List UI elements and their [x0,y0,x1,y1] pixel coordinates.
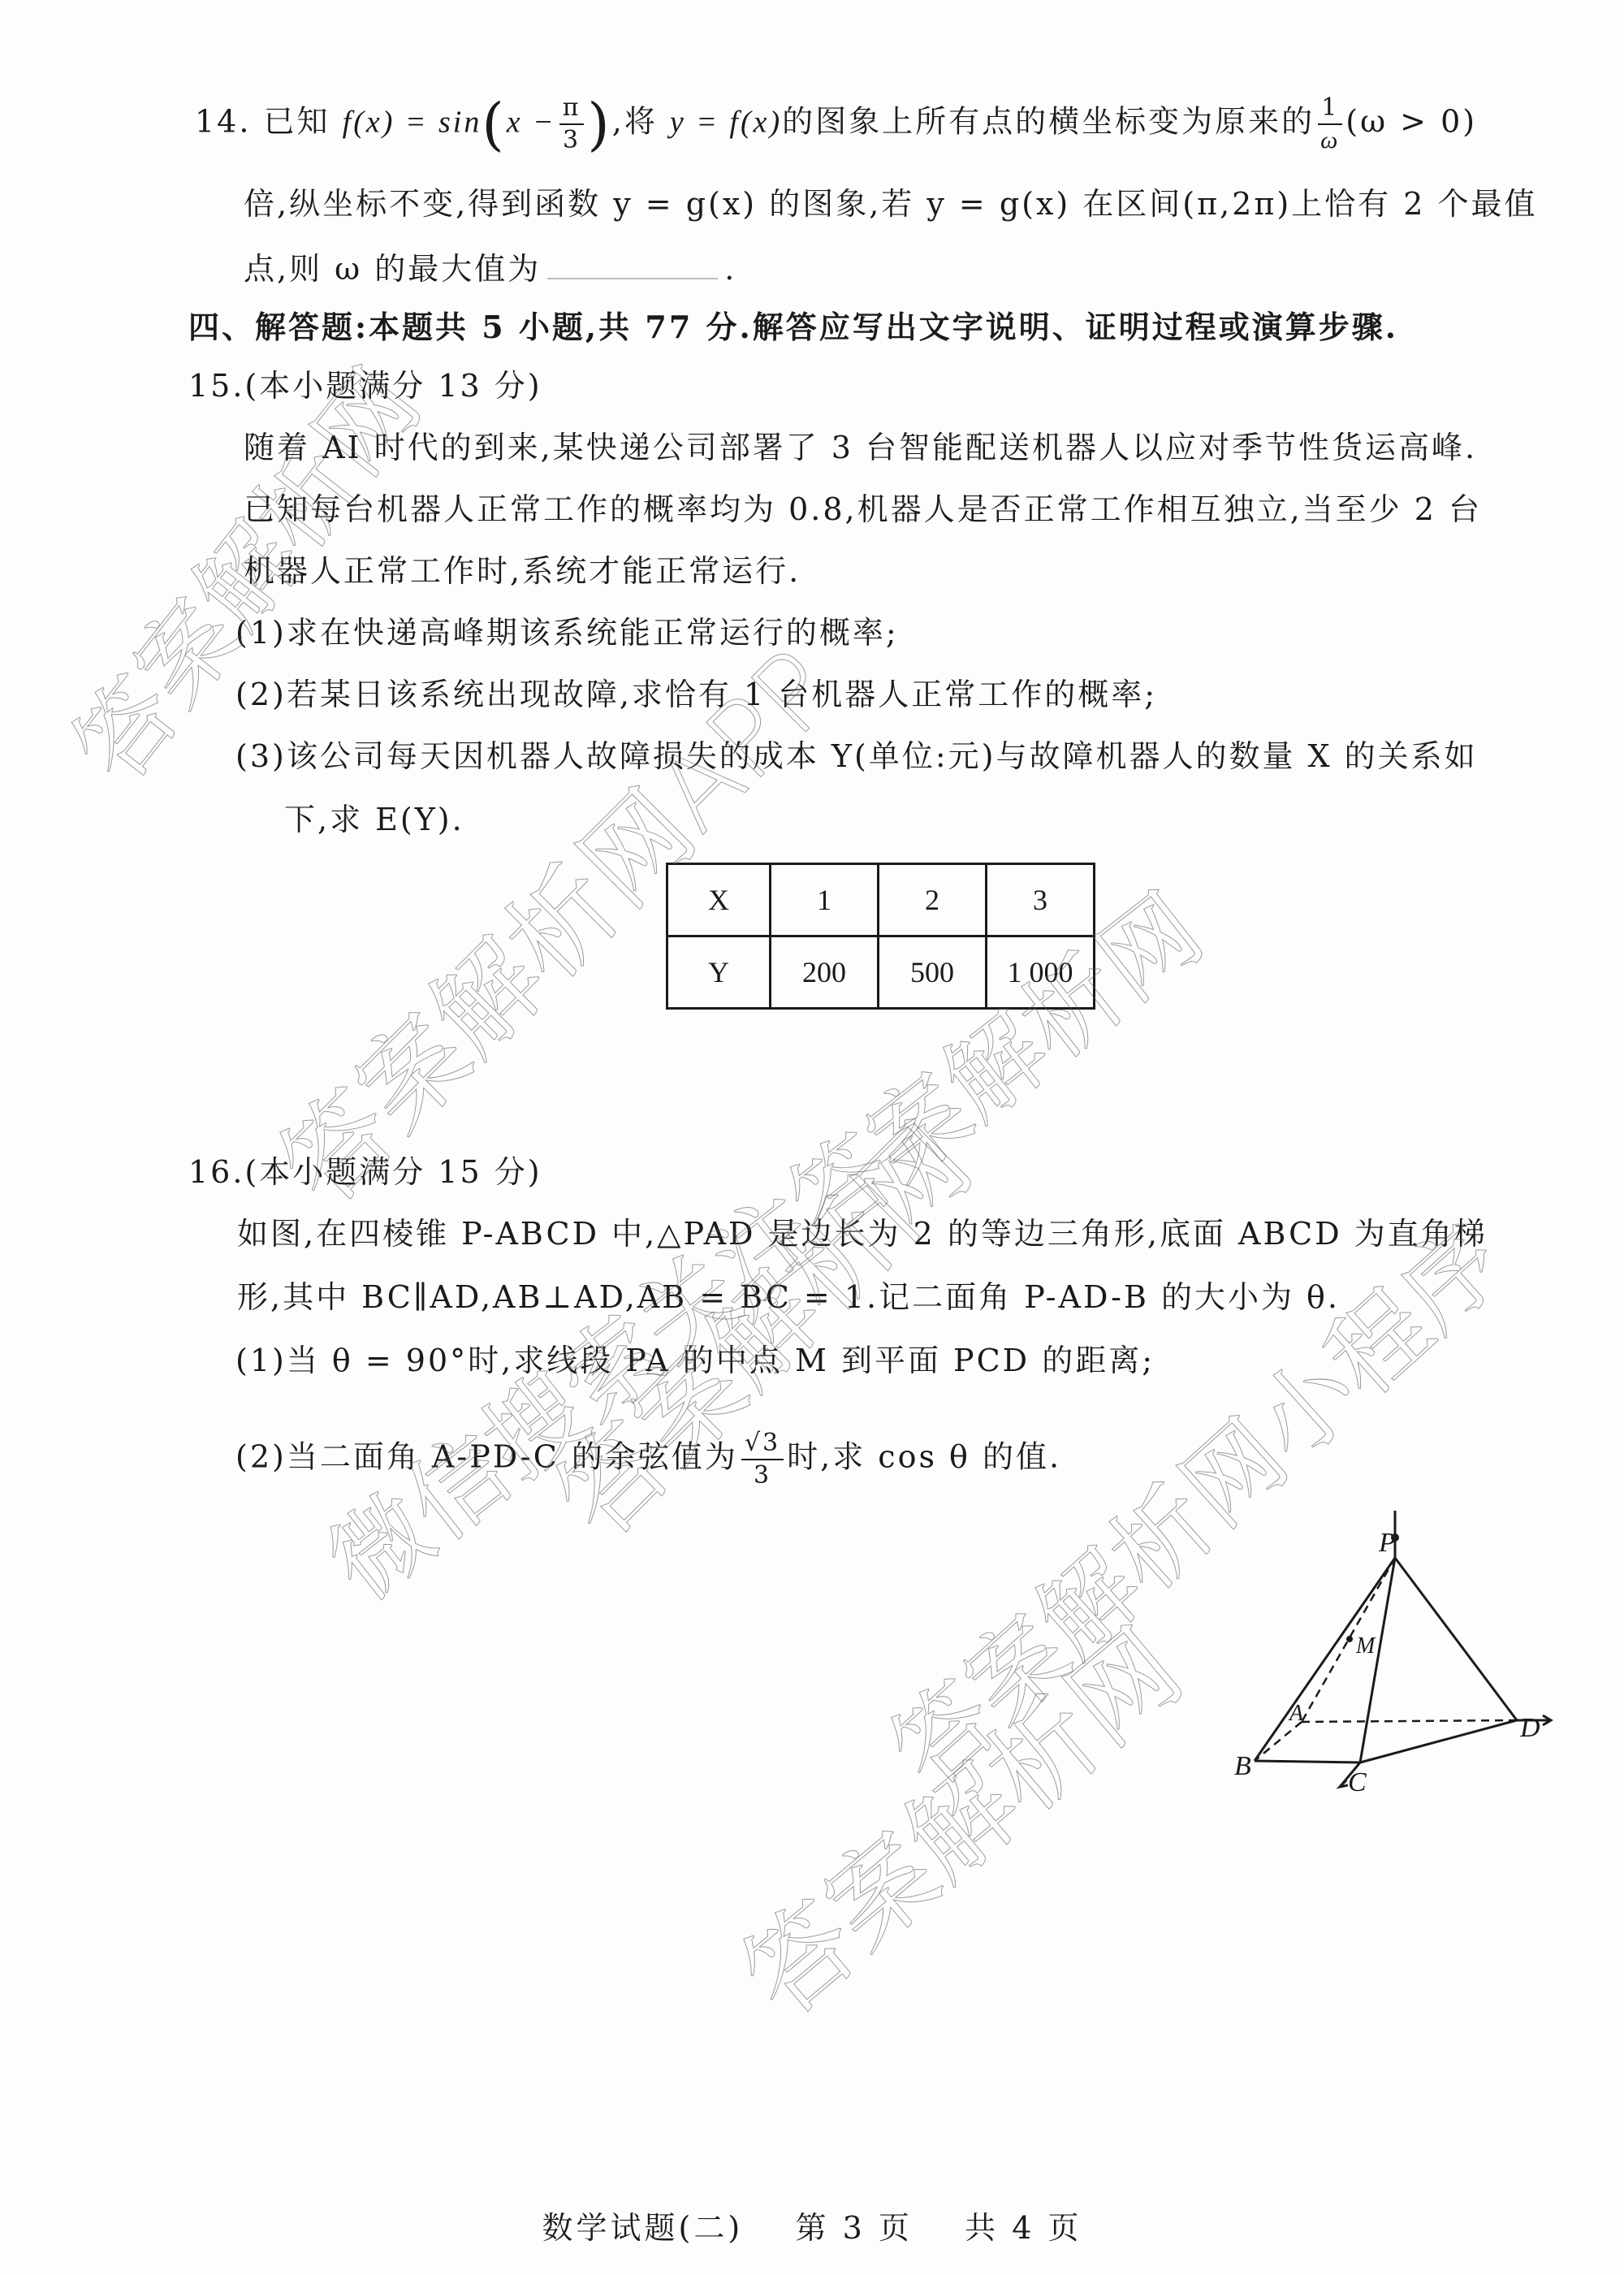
q14-line3-text: 点,则 ω 的最大值为 [244,251,541,287]
q14-line3: 点,则 ω 的最大值为. [244,253,736,284]
right-paren: ) [587,91,611,158]
footer-total: 共 4 页 [965,2210,1082,2246]
label-c: C [1348,1767,1367,1797]
q14-text: 已知 [264,104,330,140]
pyramid-figure: P M A B C D [1194,1511,1583,1803]
q14-yfx: y = f(x) [670,106,782,140]
point-m-dot [1346,1636,1353,1642]
q14-func: f(x) = sin [343,106,482,140]
left-paren: ( [482,91,506,158]
q14-line2: 倍,纵坐标不变,得到函数 y = g(x) 的图象,若 y = g(x) 在区间… [244,188,1538,219]
label-d: D [1519,1713,1540,1743]
q16-part2-text-b: 时,求 cos θ 的值. [787,1439,1061,1475]
page-footer: 数学试题(二) 第 3 页 共 4 页 [0,2203,1624,2247]
footer-title: 数学试题(二) [542,2210,744,2246]
answer-blank[interactable] [547,278,718,279]
q14-cond: (ω > 0) [1345,104,1477,140]
table-cell: 1 [771,864,879,936]
pi-over-3: π3 [559,96,585,153]
q14-text-c: 的图象上所有点的横坐标变为原来的 [782,104,1315,140]
q14-number: 14. [195,104,251,140]
q14-inner: x − [507,106,556,140]
q14-line1: 14. 已知 f(x) = sin(x −π3),将 y = f(x)的图象上所… [195,96,1477,153]
q14-line3-period: . [724,251,736,287]
label-p: P [1378,1528,1396,1558]
label-m: M [1355,1633,1376,1659]
table-cell: 2 [879,864,987,936]
table-row: X 1 2 3 [667,864,1095,936]
one-over-omega: 1ω [1318,96,1342,153]
q15-para2: 已知每台机器人正常工作的概率均为 0.8,机器人是否正常工作相互独立,当至少 2… [244,494,1482,525]
q15-part3a: (3)该公司每天因机器人故障损失的成本 Y(单位:元)与故障机器人的数量 X 的… [235,741,1478,772]
table-cell: 200 [771,936,879,1009]
q15-part1: (1)求在快递高峰期该系统能正常运行的概率; [235,617,899,648]
label-a: A [1288,1701,1304,1726]
q14-text-b: ,将 [612,104,658,140]
footer-page: 第 3 页 [795,2210,912,2246]
table-cell: Y [667,936,771,1009]
section-heading: 四、解答题:本题共 5 小题,共 77 分.解答应写出文字说明、证明过程或演算步… [188,312,1398,343]
label-b: B [1234,1751,1251,1781]
q15-part3b: 下,求 E(Y). [284,804,464,835]
